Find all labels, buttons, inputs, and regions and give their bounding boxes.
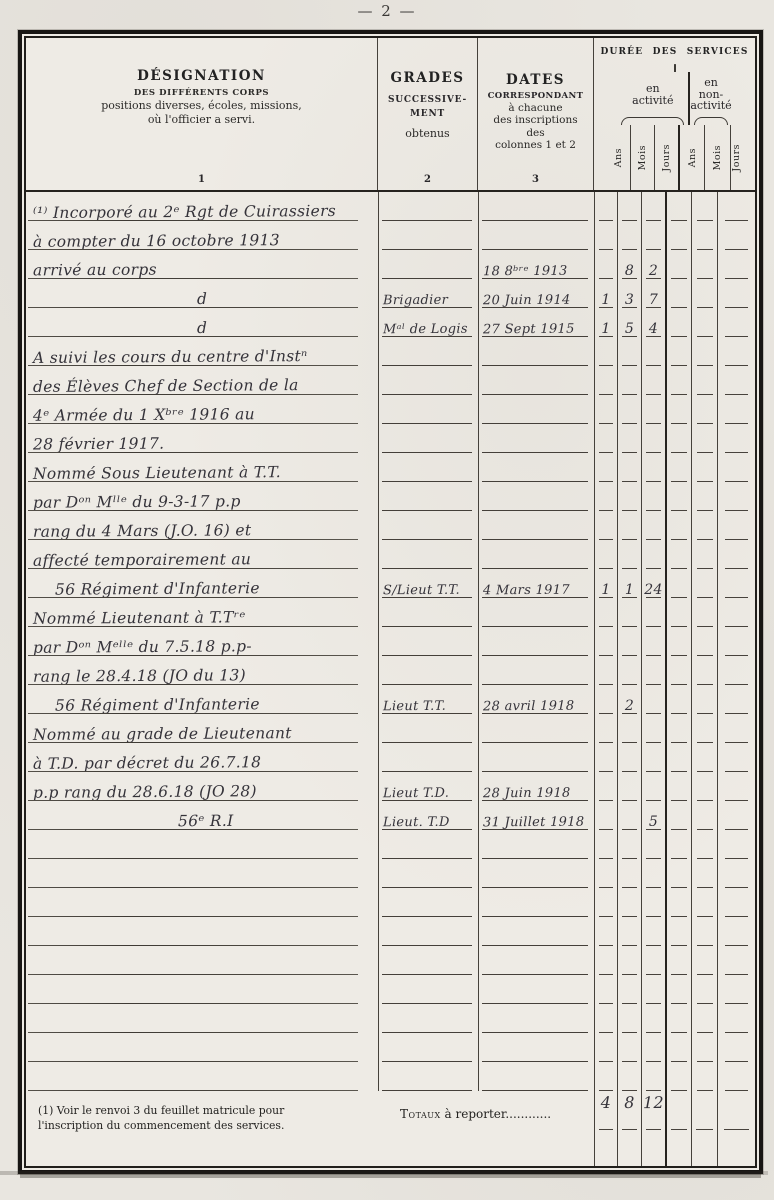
duration-cell-nonact-ans [665, 308, 691, 337]
designation-cell [26, 975, 378, 1004]
duration-cell-nonact-mois [691, 1004, 717, 1033]
designation-cell [26, 1004, 378, 1033]
duration-cell-nonact-ans [665, 1062, 691, 1091]
table-row: par Dᵒⁿ Mˡˡᵉ du 9-3-17 p.p [26, 482, 755, 511]
duration-cell-nonact-jours [717, 366, 755, 395]
duration-cell-nonact-mois [691, 888, 717, 917]
duration-cell-act-ans [594, 975, 617, 1004]
designation-cell: Nommé au grade de Lieutenant [26, 714, 378, 743]
column-number-3: 3 [478, 174, 593, 185]
duration-cell-act-mois [617, 1062, 641, 1091]
duration-cell-nonact-ans [665, 366, 691, 395]
duration-cell-act-jours [641, 888, 665, 917]
dates-cell [478, 221, 594, 250]
grades-cell [378, 511, 478, 540]
table-row [26, 859, 755, 888]
duration-cell-nonact-jours [717, 772, 755, 801]
table-row: 28 février 1917. [26, 424, 755, 453]
table-row: p.p rang du 28.6.18 (JO 28)Lieut T.D.28 … [26, 772, 755, 801]
duration-cell-act-mois: 8 [617, 250, 641, 279]
duration-cell-act-ans [594, 946, 617, 975]
grades-cell [378, 743, 478, 772]
duration-cell-nonact-ans [665, 337, 691, 366]
dates-cell [478, 714, 594, 743]
table-row: Nommé au grade de Lieutenant [26, 714, 755, 743]
duration-cell-act-mois [617, 830, 641, 859]
duration-cell-act-jours: 7 [641, 279, 665, 308]
dates-cell [478, 366, 594, 395]
duration-cell-act-jours [641, 221, 665, 250]
dates-cell [478, 1033, 594, 1062]
duration-cell-act-ans [594, 540, 617, 569]
designation-cell: rang du 4 Mars (J.O. 16) et [26, 511, 378, 540]
duration-cell-nonact-mois [691, 656, 717, 685]
duration-cell-act-mois: 1 [617, 569, 641, 598]
duration-cell-nonact-mois [691, 192, 717, 221]
duration-cell-act-ans [594, 395, 617, 424]
duration-cell-act-jours [641, 511, 665, 540]
designation-cell [26, 1033, 378, 1062]
duration-cell-nonact-ans [665, 192, 691, 221]
grades-cell: Lieut T.D. [378, 772, 478, 801]
designation-cell [26, 830, 378, 859]
duration-cell-act-ans [594, 627, 617, 656]
duration-cell-nonact-mois [691, 482, 717, 511]
duration-cell-nonact-ans [665, 279, 691, 308]
brace-top [674, 64, 676, 72]
column-number-1: 1 [26, 174, 377, 185]
duration-cell-nonact-ans [665, 772, 691, 801]
duration-cell-act-mois [617, 888, 641, 917]
grades-cell: Mᵃˡ de Logis [378, 308, 478, 337]
table-row [26, 917, 755, 946]
duration-cell-nonact-jours [717, 946, 755, 975]
grades-cell [378, 395, 478, 424]
duration-cell-nonact-jours [717, 1033, 755, 1062]
designation-cell [26, 946, 378, 975]
dates-cell: 18 8ᵇʳᵉ 1913 [478, 250, 594, 279]
duration-cell-act-ans [594, 482, 617, 511]
grades-cell [378, 221, 478, 250]
duration-cell-nonact-ans [665, 917, 691, 946]
table-row [26, 888, 755, 917]
grades-cell [378, 888, 478, 917]
duration-cell-act-mois [617, 366, 641, 395]
table-row: à compter du 16 octobre 1913 [26, 221, 755, 250]
duration-cell-act-ans [594, 337, 617, 366]
duration-cell-nonact-mois [691, 743, 717, 772]
duration-cell-act-mois [617, 714, 641, 743]
duration-cell-nonact-ans [665, 859, 691, 888]
grades-cell [378, 540, 478, 569]
table-row: dBrigadier20 Juin 1914137 [26, 279, 755, 308]
total-nonact-ans [665, 1091, 691, 1166]
duration-cell-act-jours [641, 1004, 665, 1033]
header-duree-services: DURÉE DES SERVICES en activité en non- [594, 38, 755, 190]
subcol-act-ans: Ans [607, 125, 630, 190]
designation-cell: arrivé au corps [26, 250, 378, 279]
grades-cell [378, 859, 478, 888]
duration-cell-nonact-jours [717, 801, 755, 830]
duration-cell-nonact-ans [665, 540, 691, 569]
duration-cell-act-jours [641, 1062, 665, 1091]
dates-cell [478, 888, 594, 917]
duration-cell-nonact-mois [691, 859, 717, 888]
designation-cell: 28 février 1917. [26, 424, 378, 453]
duration-cell-act-mois: 3 [617, 279, 641, 308]
duration-cell-act-mois [617, 801, 641, 830]
duration-cell-act-jours [641, 424, 665, 453]
duration-cell-act-jours: 4 [641, 308, 665, 337]
duration-cell-nonact-ans [665, 250, 691, 279]
duration-cell-nonact-mois [691, 569, 717, 598]
grades-cell [378, 424, 478, 453]
dates-cell [478, 424, 594, 453]
duration-cell-act-ans [594, 511, 617, 540]
duration-cell-act-jours [641, 395, 665, 424]
dates-cell [478, 830, 594, 859]
brace-non-activite [694, 117, 727, 125]
dates-description: à chacune des inscriptions des colonnes … [493, 102, 577, 152]
header-dates: DATES CORRESPONDANT à chacune des inscri… [478, 38, 594, 190]
grades-cell [378, 830, 478, 859]
dates-cell [478, 1004, 594, 1033]
table-row: 56 Régiment d'InfanterieS/Lieut T.T.4 Ma… [26, 569, 755, 598]
dates-cell: 28 avril 1918 [478, 685, 594, 714]
duration-cell-act-jours [641, 453, 665, 482]
designation-cell [26, 859, 378, 888]
grades-cell [378, 1033, 478, 1062]
table-row: affecté temporairement au [26, 540, 755, 569]
table-row: à T.D. par décret du 26.7.18 [26, 743, 755, 772]
duration-cell-act-ans [594, 1033, 617, 1062]
designation-title: DÉSIGNATION [137, 68, 266, 84]
duration-cell-nonact-mois [691, 801, 717, 830]
grades-cell [378, 192, 478, 221]
duration-cell-nonact-jours [717, 598, 755, 627]
designation-cell [26, 917, 378, 946]
dates-subtitle: CORRESPONDANT [488, 91, 584, 101]
designation-cell: 56 Régiment d'Infanterie [26, 569, 378, 598]
duration-cell-act-ans: 1 [594, 569, 617, 598]
duration-cell-nonact-jours [717, 743, 755, 772]
duration-cell-act-mois [617, 540, 641, 569]
duration-cell-nonact-jours [717, 540, 755, 569]
grades-cell [378, 453, 478, 482]
grades-cell [378, 250, 478, 279]
grades-cell: Lieut. T.D [378, 801, 478, 830]
duration-cell-act-ans [594, 917, 617, 946]
dates-cell [478, 656, 594, 685]
duration-cell-nonact-mois [691, 250, 717, 279]
duration-cell-act-jours [641, 598, 665, 627]
dates-cell [478, 482, 594, 511]
duration-cell-nonact-mois [691, 830, 717, 859]
duration-cell-act-ans [594, 424, 617, 453]
duration-cell-nonact-ans [665, 743, 691, 772]
table-row: 56ᵉ R.ILieut. T.D31 Juillet 19185 [26, 801, 755, 830]
duration-cell-nonact-jours [717, 656, 755, 685]
duration-cell-nonact-mois [691, 714, 717, 743]
table-row: 4ᵉ Armée du 1 Xᵇʳᵉ 1916 au [26, 395, 755, 424]
designation-cell: à compter du 16 octobre 1913 [26, 221, 378, 250]
table-row: dMᵃˡ de Logis27 Sept 1915154 [26, 308, 755, 337]
duration-cell-act-mois [617, 975, 641, 1004]
dates-cell [478, 395, 594, 424]
duration-cell-nonact-ans [665, 656, 691, 685]
dates-cell [478, 743, 594, 772]
grades-cell: Lieut T.T. [378, 685, 478, 714]
dates-cell [478, 598, 594, 627]
designation-cell [26, 1062, 378, 1091]
duration-cell-act-jours [641, 743, 665, 772]
grades-cell [378, 627, 478, 656]
duration-cell-nonact-jours [717, 337, 755, 366]
duration-cell-nonact-jours [717, 888, 755, 917]
designation-cell: par Dᵒⁿ Mˡˡᵉ du 9-3-17 p.p [26, 482, 378, 511]
grades-cell [378, 917, 478, 946]
grades-cell [378, 366, 478, 395]
header-grades: GRADES SUCCESSIVE- MENT obtenus 2 [378, 38, 478, 190]
duration-cell-act-mois [617, 656, 641, 685]
duration-cell-nonact-mois [691, 337, 717, 366]
table-row: Nommé Sous Lieutenant à T.T. [26, 453, 755, 482]
table-row: rang du 4 Mars (J.O. 16) et [26, 511, 755, 540]
table-row: arrivé au corps18 8ᵇʳᵉ 191382 [26, 250, 755, 279]
designation-cell: d [26, 279, 378, 308]
duration-cell-act-ans [594, 221, 617, 250]
duration-cell-act-mois [617, 453, 641, 482]
table-header: DÉSIGNATION DES DIFFÉRENTS CORPS positio… [26, 38, 755, 192]
duration-cell-nonact-mois [691, 772, 717, 801]
duration-cell-act-jours [641, 859, 665, 888]
designation-cell: d [26, 308, 378, 337]
duration-cell-act-mois [617, 859, 641, 888]
duration-cell-nonact-ans [665, 221, 691, 250]
table-row [26, 830, 755, 859]
duration-cell-act-ans [594, 772, 617, 801]
designation-cell: à T.D. par décret du 26.7.18 [26, 743, 378, 772]
duration-cell-act-jours [641, 975, 665, 1004]
duration-cell-act-jours [641, 627, 665, 656]
dates-cell [478, 337, 594, 366]
duration-cell-act-ans [594, 250, 617, 279]
designation-description: positions diverses, écoles, missions, où… [101, 99, 302, 127]
table-row [26, 946, 755, 975]
duration-cell-act-ans [594, 859, 617, 888]
duration-cell-nonact-jours [717, 714, 755, 743]
table-row: Nommé Lieutenant à T.Tʳᵉ [26, 598, 755, 627]
duration-cell-act-ans [594, 714, 617, 743]
dates-cell [478, 975, 594, 1004]
duration-cell-act-jours [641, 1033, 665, 1062]
designation-cell: Nommé Lieutenant à T.Tʳᵉ [26, 598, 378, 627]
duration-cell-act-ans: 1 [594, 308, 617, 337]
page-number: — 2 — [0, 2, 774, 20]
duration-cell-nonact-jours [717, 569, 755, 598]
dates-cell: 20 Juin 1914 [478, 279, 594, 308]
group-en-non-activite: en non- activité [688, 72, 731, 125]
duration-cell-act-jours: 2 [641, 250, 665, 279]
dates-cell [478, 917, 594, 946]
group-en-activite: en activité [617, 72, 688, 125]
dates-cell: 4 Mars 1917 [478, 569, 594, 598]
duration-cell-act-ans [594, 598, 617, 627]
duration-cell-nonact-mois [691, 598, 717, 627]
duration-cell-act-mois [617, 1033, 641, 1062]
dates-cell [478, 453, 594, 482]
grades-cell [378, 598, 478, 627]
duration-cell-act-ans [594, 656, 617, 685]
duration-cell-act-jours [641, 540, 665, 569]
duration-cell-act-mois [617, 1004, 641, 1033]
total-act-mois: 8 [617, 1091, 641, 1166]
duration-cell-nonact-mois [691, 366, 717, 395]
table-row: rang le 28.4.18 (JO du 13) [26, 656, 755, 685]
duration-cell-nonact-jours [717, 917, 755, 946]
grades-obtenus: obtenus [405, 127, 449, 141]
duration-cell-nonact-mois [691, 1062, 717, 1091]
duration-cell-act-ans [594, 192, 617, 221]
duration-cell-nonact-jours [717, 1004, 755, 1033]
designation-cell: par Dᵒⁿ Mᵉˡˡᵉ du 7.5.18 p.p- [26, 627, 378, 656]
grades-cell [378, 482, 478, 511]
grades-cell [378, 1062, 478, 1091]
duration-cell-nonact-ans [665, 1004, 691, 1033]
grades-title: GRADES [391, 70, 465, 86]
duration-cell-act-jours [641, 337, 665, 366]
designation-cell: des Élèves Chef de Section de la [26, 366, 378, 395]
total-nonact-jours [717, 1091, 755, 1166]
subcol-nonact-ans: Ans [678, 125, 704, 190]
total-nonact-mois [691, 1091, 717, 1166]
duration-cell-act-mois [617, 192, 641, 221]
table-row: A suivi les cours du centre d'Instⁿ [26, 337, 755, 366]
total-act-ans: 4 [594, 1091, 617, 1166]
duration-cell-nonact-jours [717, 279, 755, 308]
duration-cell-nonact-jours [717, 395, 755, 424]
table-row [26, 1062, 755, 1091]
dates-cell [478, 1062, 594, 1091]
duration-cell-nonact-ans [665, 482, 691, 511]
duration-cell-nonact-jours [717, 859, 755, 888]
subcol-act-jours: Jours [654, 125, 678, 190]
subcol-nonact-jours: Jours [730, 125, 742, 190]
duration-cell-nonact-jours [717, 685, 755, 714]
duration-cell-nonact-mois [691, 917, 717, 946]
duration-cell-act-ans: 1 [594, 279, 617, 308]
duration-cell-act-mois [617, 917, 641, 946]
document-frame: DÉSIGNATION DES DIFFÉRENTS CORPS positio… [18, 30, 763, 1174]
designation-cell: 56ᵉ R.I [26, 801, 378, 830]
table-row: ⁽¹⁾ Incorporé au 2ᵉ Rgt de Cuirassiers [26, 192, 755, 221]
table-body: ⁽¹⁾ Incorporé au 2ᵉ Rgt de Cuirassiersà … [26, 192, 755, 1091]
grades-cell [378, 1004, 478, 1033]
duration-cell-act-mois [617, 627, 641, 656]
dates-cell [478, 627, 594, 656]
duration-cell-act-mois [617, 337, 641, 366]
duration-cell-act-mois: 2 [617, 685, 641, 714]
dates-cell: 31 Juillet 1918 [478, 801, 594, 830]
table-row: des Élèves Chef de Section de la [26, 366, 755, 395]
duration-cell-nonact-mois [691, 221, 717, 250]
duration-cell-act-ans [594, 888, 617, 917]
duree-title: DURÉE DES SERVICES [600, 38, 748, 64]
dates-cell [478, 511, 594, 540]
grades-subtitle: SUCCESSIVE- MENT [388, 94, 467, 121]
scanned-service-record-page: { "colors": {"paper":"#edeae4","ink":"#3… [0, 0, 774, 1200]
dates-cell: 27 Sept 1915 [478, 308, 594, 337]
duration-cell-act-ans [594, 1004, 617, 1033]
brace-activite [621, 117, 684, 125]
duration-cell-nonact-ans [665, 598, 691, 627]
duration-cell-act-jours [641, 192, 665, 221]
column-number-2: 2 [378, 174, 477, 185]
designation-subtitle: DES DIFFÉRENTS CORPS [134, 88, 269, 98]
table-row: 56 Régiment d'InfanterieLieut T.T.28 avr… [26, 685, 755, 714]
designation-cell: affecté temporairement au [26, 540, 378, 569]
duration-cell-act-jours [641, 366, 665, 395]
duration-cell-act-jours: 5 [641, 801, 665, 830]
duration-cell-nonact-jours [717, 250, 755, 279]
duration-cell-nonact-ans [665, 627, 691, 656]
duration-cell-nonact-mois [691, 975, 717, 1004]
duration-cell-nonact-jours [717, 975, 755, 1004]
duration-cell-act-mois [617, 221, 641, 250]
duration-cell-nonact-mois [691, 424, 717, 453]
dates-cell [478, 946, 594, 975]
duration-cell-nonact-mois [691, 279, 717, 308]
duration-cell-nonact-mois [691, 511, 717, 540]
duration-cell-act-ans [594, 801, 617, 830]
dates-title: DATES [506, 72, 565, 88]
designation-cell: 56 Régiment d'Infanterie [26, 685, 378, 714]
duration-cell-nonact-mois [691, 540, 717, 569]
duration-cell-nonact-jours [717, 192, 755, 221]
duration-cell-nonact-jours [717, 482, 755, 511]
duration-cell-nonact-jours [717, 511, 755, 540]
designation-cell: 4ᵉ Armée du 1 Xᵇʳᵉ 1916 au [26, 395, 378, 424]
duration-cell-nonact-jours [717, 627, 755, 656]
designation-cell [26, 888, 378, 917]
duration-cell-act-jours [641, 656, 665, 685]
duration-cell-act-mois [617, 946, 641, 975]
table: DÉSIGNATION DES DIFFÉRENTS CORPS positio… [24, 36, 757, 1168]
duration-cell-act-ans [594, 830, 617, 859]
duration-cell-act-mois [617, 395, 641, 424]
table-row [26, 1004, 755, 1033]
table-row [26, 975, 755, 1004]
subcol-act-mois: Mois [630, 125, 654, 190]
duration-cell-nonact-jours [717, 221, 755, 250]
duration-cell-act-mois [617, 511, 641, 540]
total-act-jours: 12 [641, 1091, 665, 1166]
duration-cell-nonact-ans [665, 714, 691, 743]
duration-cell-nonact-ans [665, 830, 691, 859]
scan-edge-smudge [0, 1171, 768, 1175]
duration-cell-nonact-ans [665, 801, 691, 830]
duration-cell-nonact-ans [665, 511, 691, 540]
table-footer: (1) Voir le renvoi 3 du feuillet matricu… [26, 1091, 755, 1166]
duration-cell-act-mois [617, 743, 641, 772]
duration-cell-nonact-ans [665, 888, 691, 917]
duration-cell-nonact-ans [665, 569, 691, 598]
duration-cell-act-jours [641, 714, 665, 743]
duration-cell-act-mois [617, 424, 641, 453]
duration-cell-act-jours [641, 830, 665, 859]
designation-cell: ⁽¹⁾ Incorporé au 2ᵉ Rgt de Cuirassiers [26, 192, 378, 221]
duration-cell-nonact-ans [665, 453, 691, 482]
